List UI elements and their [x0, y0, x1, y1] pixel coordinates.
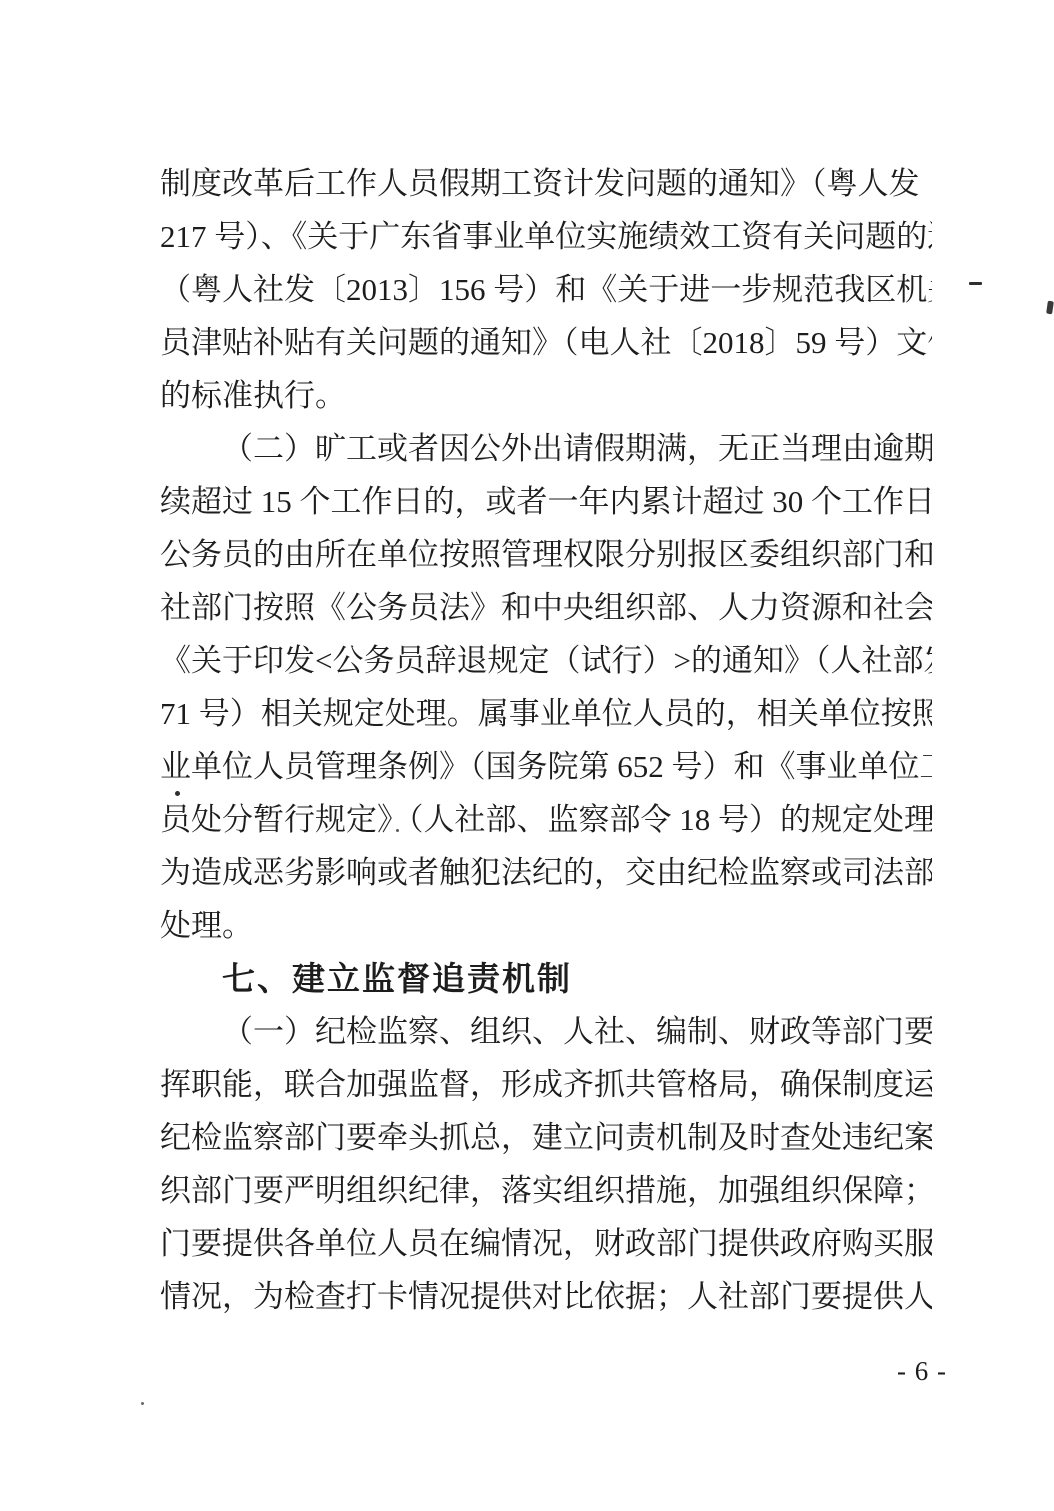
scan-artifact-dot	[396, 829, 399, 832]
text-line: 71 号）相关规定处理。属事业单位人员的，相关单位按照《事	[160, 687, 932, 740]
text-line: 纪检监察部门要牵头抓总，建立问责机制及时查处违纪案件；组	[160, 1111, 932, 1164]
document-page: 制度改革后工作人员假期工资计发问题的通知》（粤人发〔2009〕 217 号）、《…	[0, 0, 1054, 1511]
text-line: 公务员的由所在单位按照管理权限分别报区委组织部门和区人	[160, 528, 932, 581]
text-line: 续超过 15 个工作日的，或者一年内累计超过 30 个工作日的，属	[160, 475, 932, 528]
text-line: 制度改革后工作人员假期工资计发问题的通知》（粤人发〔2009〕	[160, 157, 932, 210]
text-line: 社部门按照《公务员法》和中央组织部、人力资源和社会保障部	[160, 581, 932, 634]
section-heading: 七、建立监督追责机制	[160, 952, 932, 1005]
text-line: 217 号）、《关于广东省事业单位实施绩效工资有关问题的通知》	[160, 210, 932, 263]
text-line: 员津贴补贴有关问题的通知》（电人社〔2018〕59 号）文件规定	[160, 316, 932, 369]
scan-artifact-speck	[1046, 301, 1054, 315]
text-line: 挥职能，联合加强监督，形成齐抓共管格局，确保制度运行畅顺。	[160, 1058, 932, 1111]
text-line: 处理。	[160, 899, 932, 952]
document-body: 制度改革后工作人员假期工资计发问题的通知》（粤人发〔2009〕 217 号）、《…	[160, 157, 932, 1323]
text-line: 为造成恶劣影响或者触犯法纪的，交由纪检监察或司法部门作出	[160, 846, 932, 899]
scan-artifact-dot	[141, 1402, 144, 1405]
scan-artifact-dash	[969, 282, 982, 285]
text-line: 情况，为检查打卡情况提供对比依据；人社部门要提供人员岗位	[160, 1270, 932, 1323]
text-line: 业单位人员管理条例》（国务院第 652 号）和《事业单位工作人	[160, 740, 932, 793]
page-number: - 6 -	[897, 1356, 947, 1386]
text-line: 的标准执行。	[160, 369, 932, 422]
text-line: 门要提供各单位人员在编情况，财政部门提供政府购买服务人员	[160, 1217, 932, 1270]
text-line: （一）纪检监察、组织、人社、编制、财政等部门要各自发	[160, 1005, 932, 1058]
text-line: 织部门要严明组织纪律，落实组织措施，加强组织保障；编制部	[160, 1164, 932, 1217]
text-line: 员处分暂行规定》（人社部、监察部令 18 号）的规定处理。其行	[160, 793, 932, 846]
text-line: 《关于印发<公务员辞退规定（试行）>的通知》（人社部发〔2009〕	[160, 634, 932, 687]
text-line: （粤人社发〔2013〕156 号）和《关于进一步规范我区机关公务	[160, 263, 932, 316]
text-line: （二）旷工或者因公外出请假期满，无正当理由逾期不归连	[160, 422, 932, 475]
scan-artifact-dot	[175, 791, 180, 796]
